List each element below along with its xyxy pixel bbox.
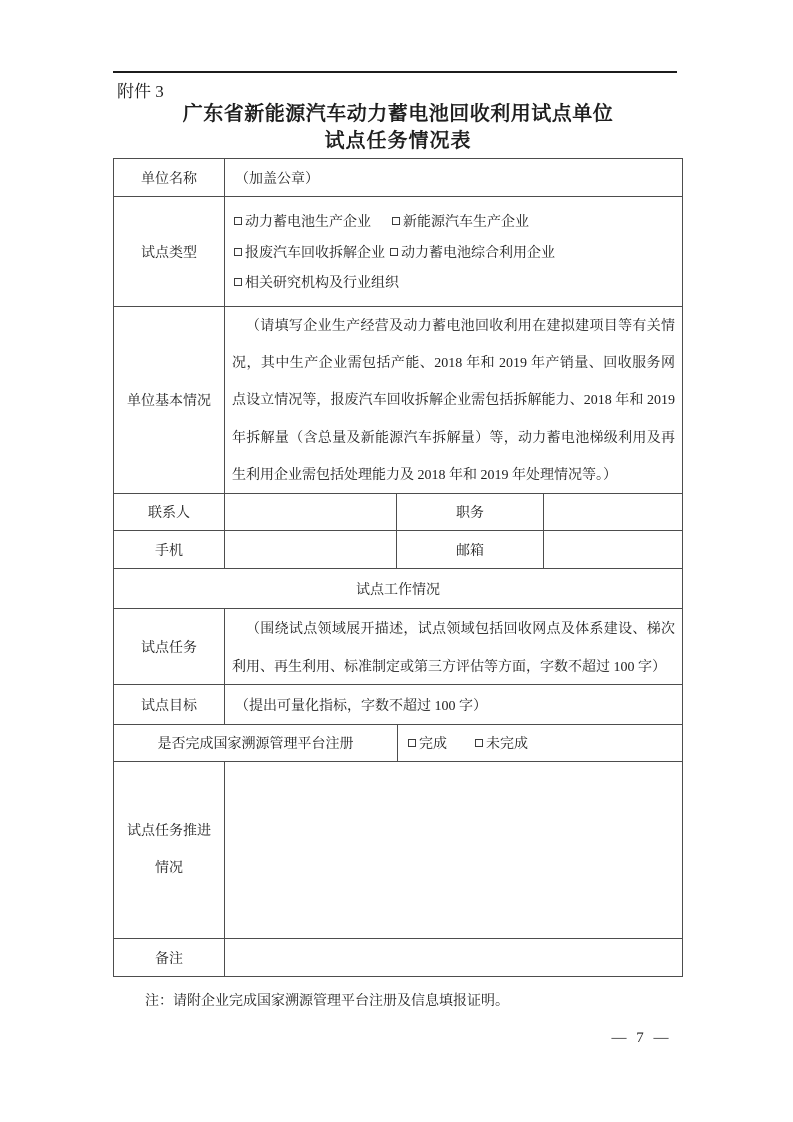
table-row: 单位基本情况 （请填写企业生产经营及动力蓄电池回收利用在建拟建项目等有关情况，其… bbox=[114, 306, 682, 493]
checkbox-option[interactable]: 相关研究机构及行业组织 bbox=[234, 272, 399, 292]
checkbox-icon[interactable] bbox=[234, 278, 242, 286]
position-label: 职务 bbox=[396, 494, 543, 530]
pilot-type-label: 试点类型 bbox=[114, 197, 224, 306]
header-rule bbox=[113, 71, 677, 73]
table-row: 试点任务 （围绕试点领域展开描述，试点领域包括回收网点及体系建设、梯次利用、再生… bbox=[114, 608, 682, 684]
pilot-work-section-header: 试点工作情况 bbox=[114, 569, 682, 608]
contact-field[interactable] bbox=[224, 494, 396, 530]
checkbox-icon[interactable] bbox=[408, 739, 416, 747]
document-page: 附件 3 广东省新能源汽车动力蓄电池回收利用试点单位 试点任务情况表 单位名称 … bbox=[0, 0, 793, 1122]
checkbox-icon[interactable] bbox=[234, 248, 242, 256]
unit-basic-info-field[interactable]: （请填写企业生产经营及动力蓄电池回收利用在建拟建项目等有关情况，其中生产企业需包… bbox=[224, 307, 682, 493]
unit-basic-info-label: 单位基本情况 bbox=[114, 307, 224, 493]
progress-field[interactable] bbox=[224, 762, 682, 938]
table-row: 试点工作情况 bbox=[114, 568, 682, 608]
checkbox-option[interactable]: 动力蓄电池生产企业 bbox=[234, 211, 371, 231]
checkbox-label: 动力蓄电池综合利用企业 bbox=[401, 242, 555, 262]
option-line: 动力蓄电池生产企业 新能源汽车生产企业 bbox=[234, 211, 682, 231]
table-row: 联系人 职务 bbox=[114, 493, 682, 530]
pilot-task-label: 试点任务 bbox=[114, 609, 224, 684]
attachment-label: 附件 3 bbox=[117, 77, 164, 102]
table-row: 试点目标 （提出可量化指标，字数不超过 100 字） bbox=[114, 684, 682, 724]
unit-basic-info-hint: （请填写企业生产经营及动力蓄电池回收利用在建拟建项目等有关情况，其中生产企业需包… bbox=[232, 308, 675, 494]
table-row: 试点任务推进 情况 bbox=[114, 761, 682, 938]
remarks-field[interactable] bbox=[224, 939, 682, 976]
title-line-1: 广东省新能源汽车动力蓄电池回收利用试点单位 bbox=[103, 101, 693, 128]
checkbox-icon[interactable] bbox=[390, 248, 398, 256]
table-row: 是否完成国家溯源管理平台注册 完成 未完成 bbox=[114, 724, 682, 761]
document-title: 广东省新能源汽车动力蓄电池回收利用试点单位 试点任务情况表 bbox=[103, 101, 693, 154]
traceability-options: 完成 未完成 bbox=[397, 725, 682, 761]
remarks-label: 备注 bbox=[114, 939, 224, 976]
footer-note: 注：请附企业完成国家溯源管理平台注册及信息填报证明。 bbox=[145, 990, 509, 1010]
unit-name-label: 单位名称 bbox=[114, 159, 224, 196]
title-line-2: 试点任务情况表 bbox=[103, 128, 693, 154]
checkbox-label: 未完成 bbox=[486, 733, 528, 753]
mobile-field[interactable] bbox=[224, 531, 396, 568]
checkbox-label: 相关研究机构及行业组织 bbox=[245, 272, 399, 292]
position-field[interactable] bbox=[543, 494, 682, 530]
pilot-task-field[interactable]: （围绕试点领域展开描述，试点领域包括回收网点及体系建设、梯次利用、再生利用、标准… bbox=[224, 609, 682, 684]
checkbox-icon[interactable] bbox=[392, 217, 400, 225]
table-row: 单位名称 （加盖公章） bbox=[114, 159, 682, 196]
unit-name-field[interactable]: （加盖公章） bbox=[224, 159, 682, 196]
option-line: 报废汽车回收拆解企业 动力蓄电池综合利用企业 bbox=[234, 242, 682, 262]
progress-label-line-2: 情况 bbox=[155, 850, 183, 887]
checkbox-option[interactable]: 完成 bbox=[408, 733, 447, 753]
traceability-label: 是否完成国家溯源管理平台注册 bbox=[114, 725, 397, 761]
table-row: 备注 bbox=[114, 938, 682, 976]
unit-name-hint: （加盖公章） bbox=[235, 168, 319, 188]
progress-label: 试点任务推进 情况 bbox=[114, 762, 224, 938]
table-row: 手机 邮箱 bbox=[114, 530, 682, 568]
mobile-label: 手机 bbox=[114, 531, 224, 568]
page-number: — 7 — bbox=[575, 1030, 705, 1047]
progress-label-line-1: 试点任务推进 bbox=[127, 813, 211, 850]
contact-label: 联系人 bbox=[114, 494, 224, 530]
pilot-goal-field[interactable]: （提出可量化指标，字数不超过 100 字） bbox=[224, 685, 682, 724]
checkbox-label: 完成 bbox=[419, 733, 447, 753]
table-row: 试点类型 动力蓄电池生产企业 新能源汽车生产企业 报废汽车回收拆解企业 bbox=[114, 196, 682, 306]
option-line: 相关研究机构及行业组织 bbox=[234, 272, 682, 292]
checkbox-label: 报废汽车回收拆解企业 bbox=[245, 242, 385, 262]
pilot-type-options: 动力蓄电池生产企业 新能源汽车生产企业 报废汽车回收拆解企业 动力蓄电池综合利用… bbox=[224, 197, 682, 306]
pilot-goal-label: 试点目标 bbox=[114, 685, 224, 724]
checkbox-option[interactable]: 新能源汽车生产企业 bbox=[392, 211, 529, 231]
checkbox-option[interactable]: 报废汽车回收拆解企业 bbox=[234, 242, 385, 262]
email-label: 邮箱 bbox=[396, 531, 543, 568]
email-field[interactable] bbox=[543, 531, 682, 568]
checkbox-label: 新能源汽车生产企业 bbox=[403, 211, 529, 231]
checkbox-option[interactable]: 未完成 bbox=[475, 733, 528, 753]
checkbox-icon[interactable] bbox=[234, 217, 242, 225]
pilot-task-form-table: 单位名称 （加盖公章） 试点类型 动力蓄电池生产企业 新能源汽车生产企业 bbox=[113, 158, 683, 977]
pilot-goal-hint: （提出可量化指标，字数不超过 100 字） bbox=[235, 695, 487, 715]
checkbox-icon[interactable] bbox=[475, 739, 483, 747]
pilot-task-hint: （围绕试点领域展开描述，试点领域包括回收网点及体系建设、梯次利用、再生利用、标准… bbox=[232, 610, 675, 686]
checkbox-option[interactable]: 动力蓄电池综合利用企业 bbox=[390, 242, 555, 262]
checkbox-label: 动力蓄电池生产企业 bbox=[245, 211, 371, 231]
